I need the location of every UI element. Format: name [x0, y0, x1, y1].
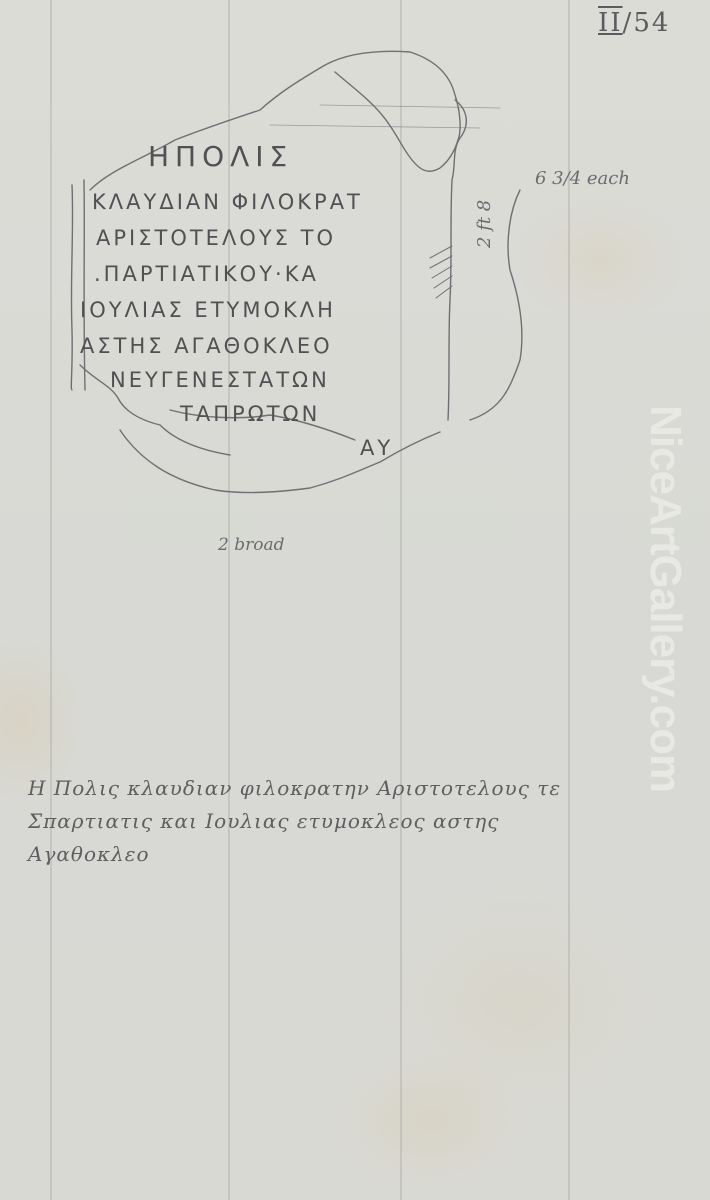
width-measurement: 2 broad	[218, 535, 284, 555]
inscription-line: ΑΡΙΣΤΟΤΕΛΟΥΣ ΤΟ	[96, 226, 336, 250]
inscription-line: ΚΛΑΥΔΙΑΝ ΦΙΛΟΚΡΑΤ	[92, 190, 363, 214]
paper-sheet: II/54 ΗΠΟΛΙΣ ΚΛΑΥΔΙΑΝ ΦΙΛΟΚΡΑΤ ΑΡΙΣΤΟΤΕΛ…	[0, 0, 710, 1200]
inscription-line: ΑΥ	[360, 436, 393, 460]
cursive-transcription: Η Πολις κλαυδιαν φιλοκρατην Αριστοτελους…	[28, 772, 678, 871]
letter-size-measurement: 6 3/4 each	[535, 168, 630, 189]
inscription-line: ΙΟΥΛΙΑΣ ΕΤΥΜΟΚΛΗ	[80, 298, 336, 322]
inscription-line: ΗΠΟΛΙΣ	[148, 140, 293, 173]
transcription-line: Η Πολις κλαυδιαν φιλοκρατην Αριστοτελους…	[28, 772, 678, 805]
transcription-line: Αγαθοκλεο	[28, 838, 678, 871]
transcription-line: Σπαρτιατις και Ιουλιας ετυμοκλεος αστης	[28, 805, 678, 838]
inscription-line: .ΠΑΡΤΙΑΤΙΚΟΥ·ΚΑ	[94, 262, 319, 286]
height-measurement: 2 ft 8	[474, 200, 495, 248]
inscription-line: ΝΕΥΓΕΝΕΣΤΑΤΩΝ	[110, 368, 330, 392]
inscription-line: ΤΑΠΡΩΤΩΝ	[180, 402, 320, 426]
inscription-line: ΑΣΤΗΣ ΑΓΑΘΟΚΛΕΟ	[80, 334, 333, 358]
watermark: NiceArtGallery.com	[640, 405, 690, 792]
